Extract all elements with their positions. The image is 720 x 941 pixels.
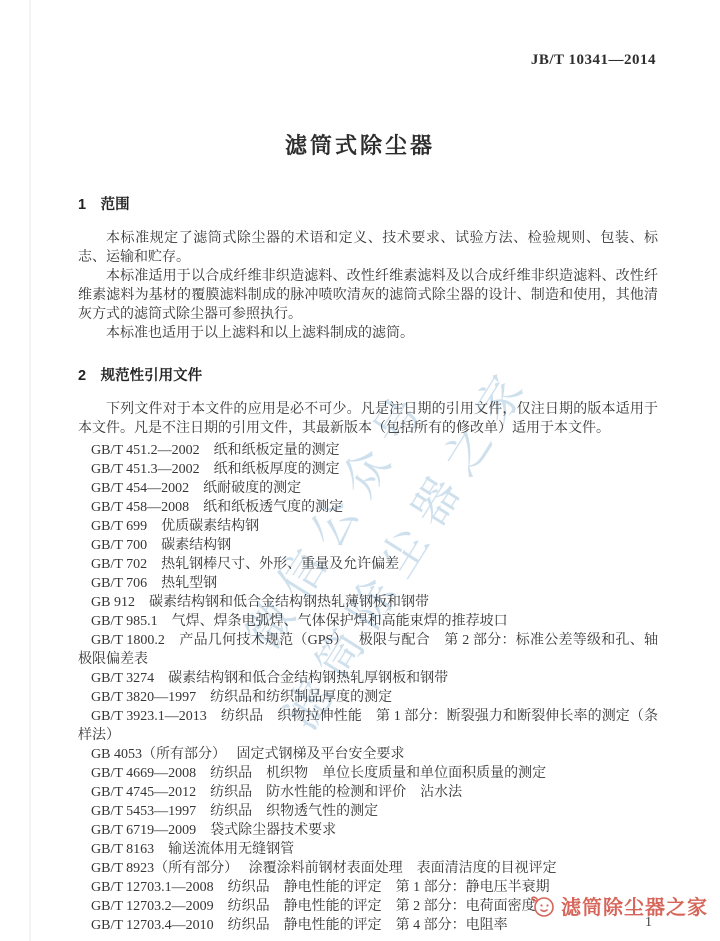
reference-item: GB/T 1800.2 产品几何技术规范（GPS） 极限与配合 第 2 部分：标… [78, 631, 658, 669]
reference-item: GB/T 706 热轧型钢 [78, 574, 658, 593]
reference-item: GB/T 3274 碳素结构钢和低合金结构钢热轧厚钢板和钢带 [78, 669, 658, 688]
document-title: 滤筒式除尘器 [0, 129, 720, 160]
brand-logo: 滤筒除尘器之家 [531, 891, 708, 920]
reference-item: GB 912 碳素结构钢和低合金结构钢热轧薄钢板和钢带 [78, 593, 658, 612]
section-1-paragraphs: 本标准规定了滤筒式除尘器的术语和定义、技术要求、试验方法、检验规则、包装、标志、… [78, 229, 658, 343]
document-page: 微信公众号 滤筒除尘器之家 JB/T 10341—2014 滤筒式除尘器 1 范… [0, 0, 720, 941]
document-body: 1 范围 本标准规定了滤筒式除尘器的术语和定义、技术要求、试验方法、检验规则、包… [78, 196, 658, 935]
scope-paragraph: 本标准规定了滤筒式除尘器的术语和定义、技术要求、试验方法、检验规则、包装、标志、… [78, 229, 658, 267]
references-list: GB/T 451.2—2002 纸和纸板定量的测定GB/T 451.3—2002… [78, 441, 658, 935]
reference-item: GB/T 702 热轧钢棒尺寸、外形、重量及允许偏差 [78, 555, 658, 574]
reference-item: GB/T 5453—1997 纺织品 织物透气性的测定 [78, 802, 658, 821]
brand-name: 滤筒除尘器之家 [561, 891, 708, 920]
reference-item: GB/T 700 碳素结构钢 [78, 536, 658, 555]
page-number: 1 [645, 915, 652, 931]
brand-face-icon [531, 894, 557, 918]
reference-item: GB/T 699 优质碳素结构钢 [78, 517, 658, 536]
reference-item: GB/T 4745—2012 纺织品 防水性能的检测和评价 沾水法 [78, 783, 658, 802]
reference-item: GB/T 4669—2008 纺织品 机织物 单位长度质量和单位面积质量的测定 [78, 764, 658, 783]
reference-item: GB/T 3820—1997 纺织品和纺织制品厚度的测定 [78, 688, 658, 707]
reference-item: GB 4053（所有部分） 固定式钢梯及平台安全要求 [78, 745, 658, 764]
reference-item: GB/T 8923（所有部分） 涂覆涂料前钢材表面处理 表面清洁度的目视评定 [78, 859, 658, 878]
reference-item: GB/T 451.2—2002 纸和纸板定量的测定 [78, 441, 658, 460]
reference-item: GB/T 458—2008 纸和纸板透气度的测定 [78, 498, 658, 517]
reference-item: GB/T 8163 输送流体用无缝钢管 [78, 840, 658, 859]
section-1-heading: 1 范围 [78, 196, 658, 215]
reference-item: GB/T 6719—2009 袋式除尘器技术要求 [78, 821, 658, 840]
scope-paragraph: 本标准适用于以合成纤维非织造滤料、改性纤维素滤料及以合成纤维非织造滤料、改性纤维… [78, 267, 658, 324]
references-intro: 下列文件对于本文件的应用是必不可少。凡是注日期的引用文件，仅注日期的版本适用于本… [78, 400, 658, 438]
reference-item: GB/T 985.1 气焊、焊条电弧焊、气体保护焊和高能束焊的推荐坡口 [78, 612, 658, 631]
reference-item: GB/T 454—2002 纸耐破度的测定 [78, 479, 658, 498]
standard-code: JB/T 10341—2014 [531, 52, 656, 69]
reference-item: GB/T 3923.1—2013 纺织品 织物拉伸性能 第 1 部分：断裂强力和… [78, 707, 658, 745]
reference-item: GB/T 451.3—2002 纸和纸板厚度的测定 [78, 460, 658, 479]
scope-paragraph: 本标准也适用于以上滤料和以上滤料制成的滤筒。 [78, 324, 658, 343]
section-2-heading: 2 规范性引用文件 [78, 367, 658, 386]
